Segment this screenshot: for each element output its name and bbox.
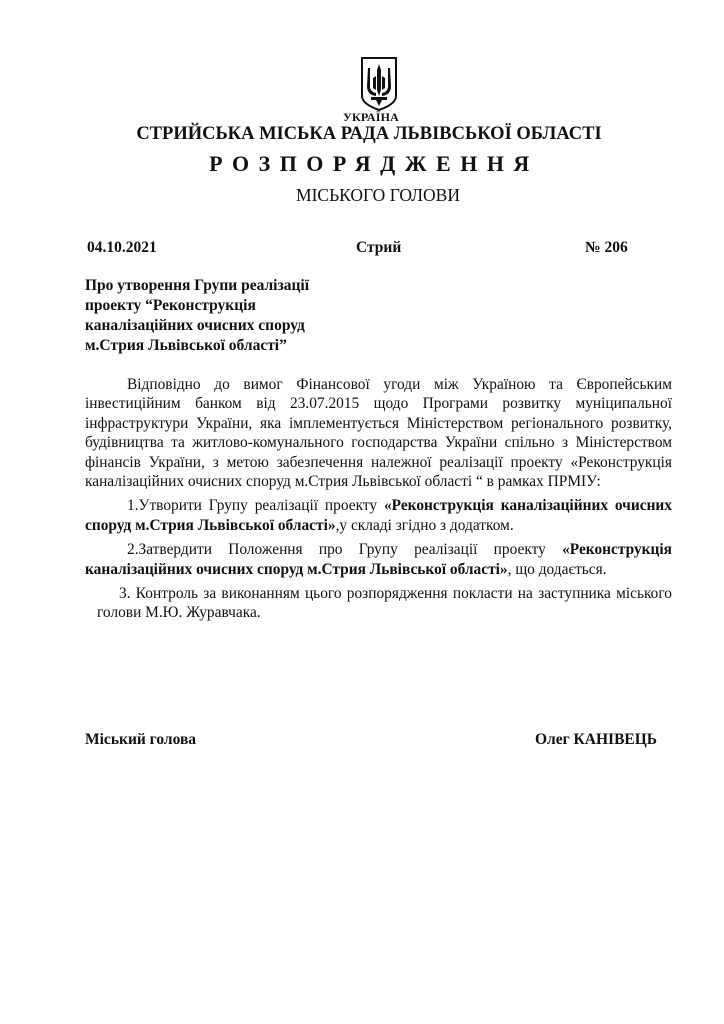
- subject-line: проекту “Реконструкція: [85, 296, 365, 316]
- item-2-text: 2.Затвердити Положення про Групу реаліза…: [127, 541, 562, 558]
- council-heading: СТРИЙСЬКА МІСЬКА РАДА ЛЬВІВСЬКОЇ ОБЛАСТІ: [0, 124, 724, 145]
- item-1-text: 1.Утворити Групу реалізації проекту: [127, 497, 384, 514]
- document-city: Стрий: [356, 239, 401, 257]
- signatory-name: Олег КАНІВЕЦЬ: [535, 731, 657, 749]
- order-item-1: 1.Утворити Групу реалізації проекту «Рек…: [85, 496, 672, 535]
- document-subject: Про утворення Групи реалізації проекту “…: [85, 276, 365, 356]
- order-item-2: 2.Затвердити Положення про Групу реаліза…: [85, 540, 672, 579]
- item-1-suffix: ,у складі згідно з додатком.: [336, 517, 514, 534]
- document-number: № 206: [585, 239, 628, 257]
- document-subtitle: МІСЬКОГО ГОЛОВИ: [0, 185, 724, 206]
- document-date: 04.10.2021: [87, 239, 157, 257]
- subject-line: м.Стрия Львівської області”: [85, 336, 365, 356]
- subject-line: каналізаційних очисних споруд: [85, 316, 365, 336]
- item-2-suffix: , що додається.: [508, 561, 607, 578]
- document-page: УКРАЇНА СТРИЙСЬКА МІСЬКА РАДА ЛЬВІВСЬКОЇ…: [0, 0, 724, 1024]
- order-item-3: 3. Контроль за виконанням цього розпоряд…: [85, 584, 672, 623]
- signatory-title: Міський голова: [85, 731, 196, 749]
- tryzub-coat-of-arms-icon: [359, 56, 399, 112]
- subject-line: Про утворення Групи реалізації: [85, 276, 365, 296]
- intro-paragraph: Відповідно до вимог Фінансової угоди між…: [85, 375, 672, 491]
- country-heading: УКРАЇНА: [0, 110, 724, 125]
- document-body: Відповідно до вимог Фінансової угоди між…: [85, 375, 672, 623]
- document-type-title: РОЗПОРЯДЖЕННЯ: [0, 151, 724, 177]
